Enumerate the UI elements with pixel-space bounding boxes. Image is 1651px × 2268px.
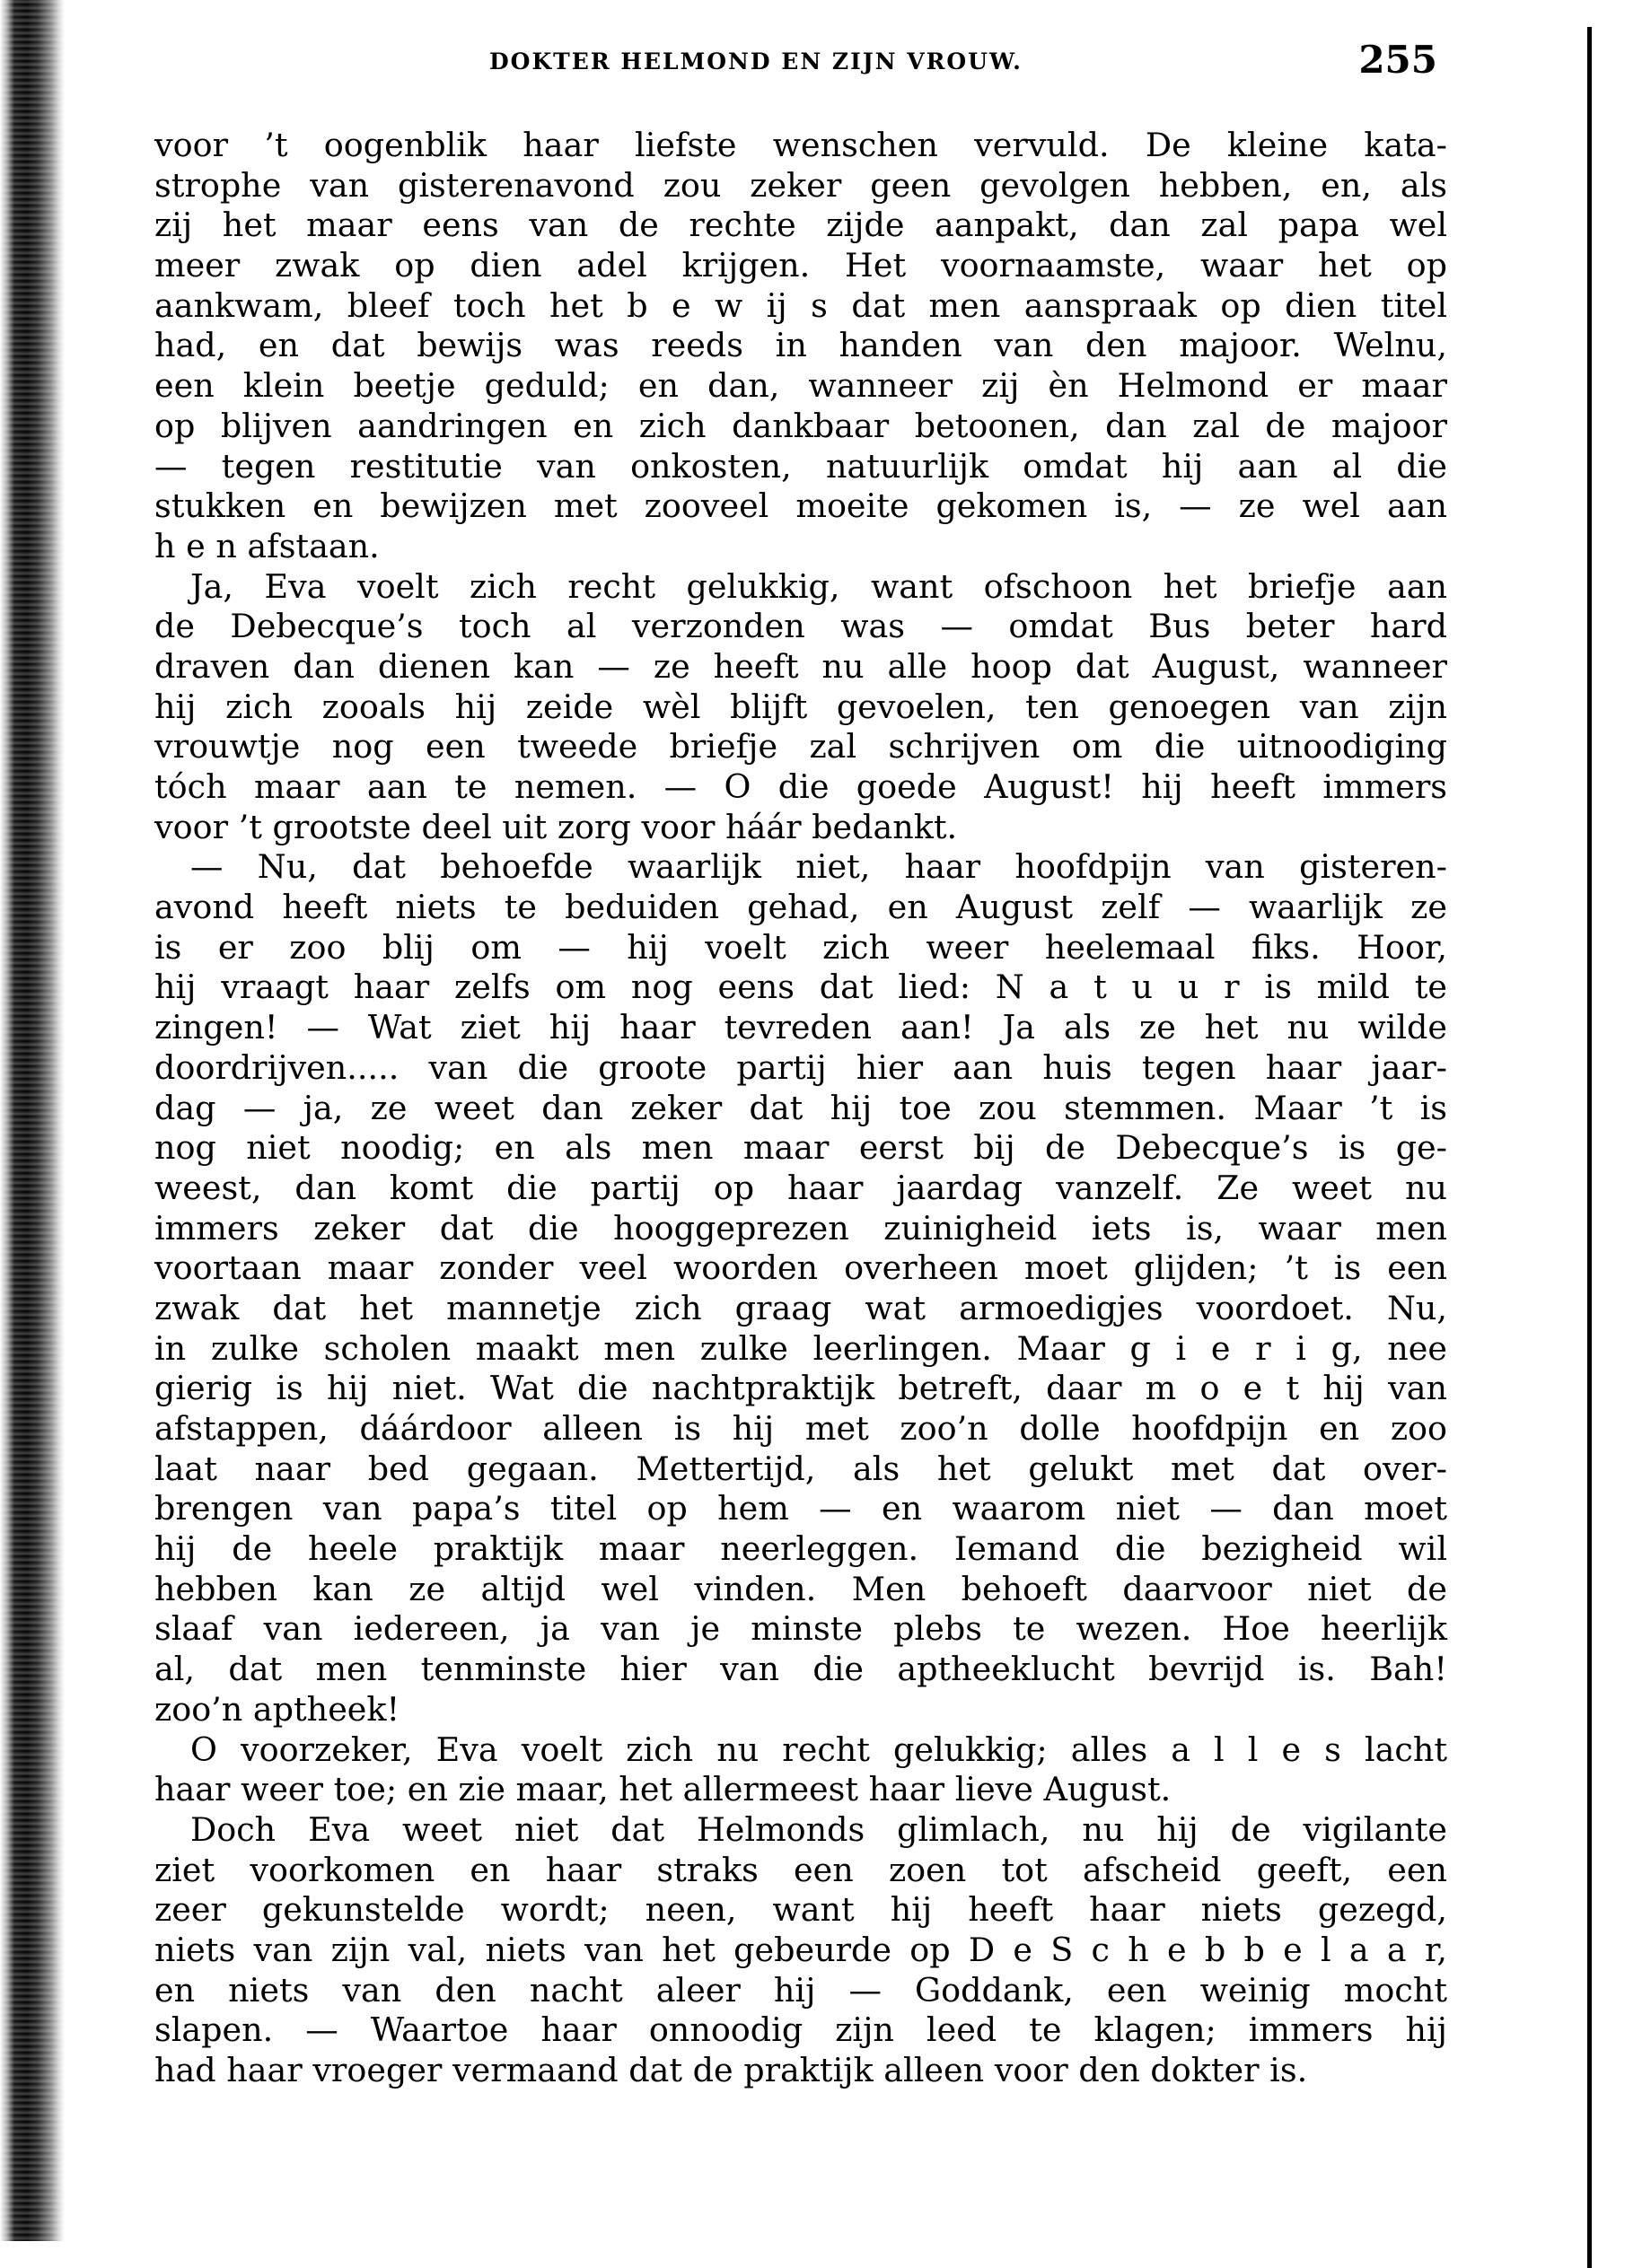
text-line: al, dat men tenminste hier van die apthe… [154, 1650, 1447, 1690]
text-line: had haar vroeger vermaand dat de praktij… [154, 2051, 1447, 2091]
text-line: — tegen restitutie van onkosten, natuurl… [154, 447, 1447, 487]
text-line: voor ’t oogenblik haar liefste wenschen … [154, 126, 1447, 166]
text-line: tóch maar aan te nemen. — O die goede Au… [154, 767, 1447, 808]
paragraph: Ja, Eva voelt zich recht gelukkig, want … [154, 567, 1447, 848]
page-number: 255 [1358, 38, 1437, 82]
text-line: in zulke scholen maakt men zulke leerlin… [154, 1329, 1447, 1370]
paragraph: voor ’t oogenblik haar liefste wenschen … [154, 126, 1447, 567]
text-line: hij zich zooals hij zeide wèl blijft gev… [154, 687, 1447, 728]
text-line: voortaan maar zonder veel woorden overhe… [154, 1248, 1447, 1289]
text-line: hij de heele praktijk maar neerleggen. I… [154, 1529, 1447, 1570]
text-line: Doch Eva weet niet dat Helmonds glimlach… [154, 1810, 1447, 1851]
text-line: meer zwak op dien adel krijgen. Het voor… [154, 246, 1447, 286]
text-line: strophe van gisterenavond zou zeker geen… [154, 166, 1447, 206]
text-line: zingen! — Wat ziet hij haar tevreden aan… [154, 1008, 1447, 1048]
text-line: hij vraagt haar zelfs om nog eens dat li… [154, 968, 1447, 1008]
text-line: een klein beetje geduld; en dan, wanneer… [154, 366, 1447, 407]
text-line: immers zeker dat die hooggeprezen zuinig… [154, 1209, 1447, 1249]
paragraph: — Nu, dat behoefde waarlijk niet, haar h… [154, 847, 1447, 1729]
text-line: ziet voorkomen en haar straks een zoen t… [154, 1851, 1447, 1891]
text-line: gierig is hij niet. Wat die nachtpraktij… [154, 1369, 1447, 1409]
body-text: voor ’t oogenblik haar liefste wenschen … [154, 126, 1447, 2091]
text-line: laat naar bed gegaan. Mettertijd, als he… [154, 1449, 1447, 1490]
paragraph: Doch Eva weet niet dat Helmonds glimlach… [154, 1810, 1447, 2091]
text-line: niets van zijn val, niets van het gebeur… [154, 1931, 1447, 1971]
text-line: haar weer toe; en zie maar, het allermee… [154, 1770, 1447, 1810]
text-line: brengen van papa’s titel op hem — en waa… [154, 1489, 1447, 1529]
text-line: nog niet noodig; en als men maar eerst b… [154, 1128, 1447, 1169]
running-title: DOKTER HELMOND EN ZIJN VROUW. [489, 48, 1023, 74]
paragraph: O voorzeker, Eva voelt zich nu recht gel… [154, 1730, 1447, 1810]
text-line: zeer gekunstelde wordt; neen, want hij h… [154, 1890, 1447, 1931]
text-line: op blijven aandringen en zich dankbaar b… [154, 407, 1447, 447]
text-line: voor ’t grootste deel uit zorg voor háár… [154, 808, 1447, 848]
text-line: Ja, Eva voelt zich recht gelukkig, want … [154, 567, 1447, 608]
text-line: weest, dan komt die partij op haar jaard… [154, 1169, 1447, 1209]
text-line: avond heeft niets te beduiden gehad, en … [154, 888, 1447, 928]
text-line: — Nu, dat behoefde waarlijk niet, haar h… [154, 847, 1447, 888]
text-line: en niets van den nacht aleer hij — Godda… [154, 1971, 1447, 2011]
text-line: stukken en bewijzen met zooveel moeite g… [154, 486, 1447, 527]
text-line: zwak dat het mannetje zich graag wat arm… [154, 1289, 1447, 1329]
text-line: dag — ja, ze weet dan zeker dat hij toe … [154, 1089, 1447, 1129]
text-line: draven dan dienen kan — ze heeft nu alle… [154, 647, 1447, 687]
text-line: de Debecque’s toch al verzonden was — om… [154, 607, 1447, 647]
text-line: vrouwtje nog een tweede briefje zal schr… [154, 727, 1447, 767]
book-binding-shadow [0, 0, 65, 2241]
text-line: hebben kan ze altijd wel vinden. Men beh… [154, 1570, 1447, 1610]
text-line: h e n afstaan. [154, 527, 1447, 567]
text-line: slaaf van iedereen, ja van je minste ple… [154, 1609, 1447, 1650]
text-line: doordrijven..... van die groote partij h… [154, 1048, 1447, 1089]
text-line: had, en dat bewijs was reeds in handen v… [154, 326, 1447, 366]
text-line: slapen. — Waartoe haar onnoodig zijn lee… [154, 2010, 1447, 2051]
text-line: zoo’n aptheek! [154, 1690, 1447, 1730]
text-line: aankwam, bleef toch het b e w ij s dat m… [154, 286, 1447, 327]
text-line: afstappen, dáárdoor alleen is hij met zo… [154, 1409, 1447, 1449]
text-line: O voorzeker, Eva voelt zich nu recht gel… [154, 1730, 1447, 1771]
text-line: is er zoo blij om — hij voelt zich weer … [154, 928, 1447, 968]
text-line: zij het maar eens van de rechte zijde aa… [154, 206, 1447, 246]
page-edge-rule [1587, 27, 1592, 2268]
